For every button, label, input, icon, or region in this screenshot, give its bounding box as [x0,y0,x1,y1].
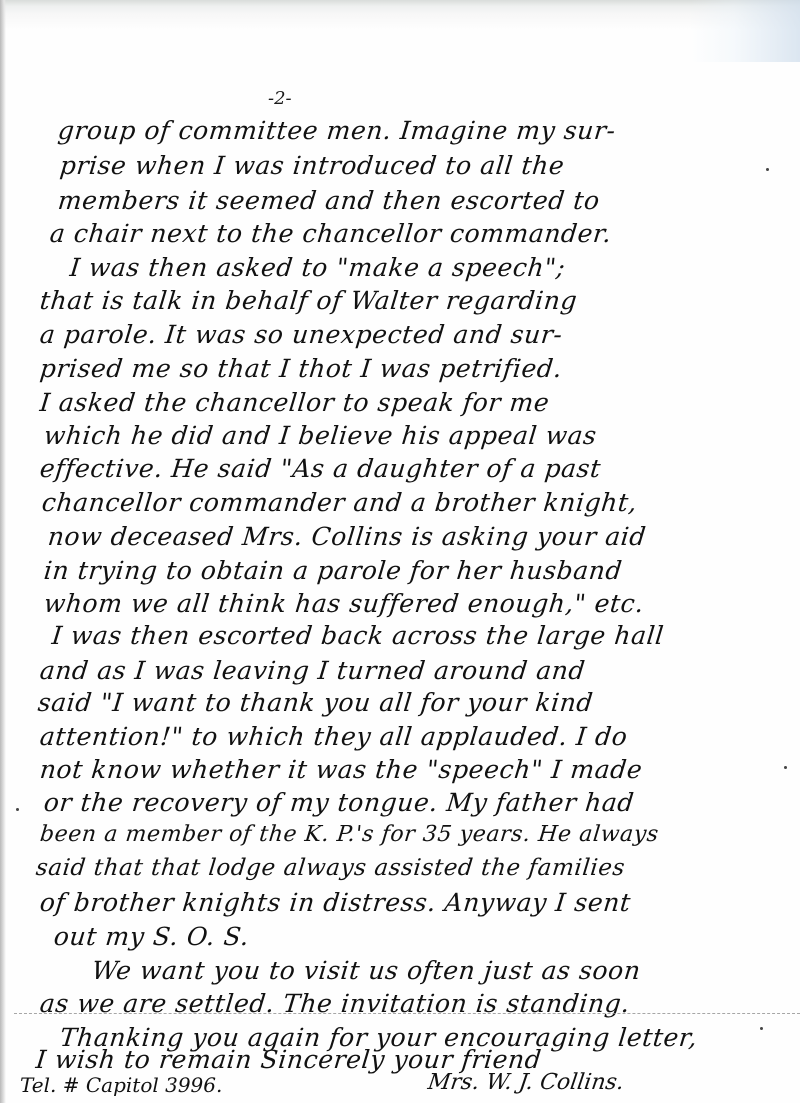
letter-line: attention!" to which they all applauded.… [38,722,629,751]
signature: Mrs. W. J. Collins. [426,1070,625,1095]
letter-line: effective. He said "As a daughter of a p… [38,454,602,483]
letter-line: or the recovery of my tongue. My father … [42,788,635,817]
scan-speck [766,168,769,171]
scan-speck [16,808,19,811]
scan-shadow-top [0,0,800,30]
letter-line: said that that lodge always assisted the… [35,855,627,881]
letter-line: I was then asked to "make a speech"; [68,253,567,282]
fold-line [14,1013,800,1014]
letter-line: chancellor commander and a brother knigh… [40,488,638,517]
letter-line: in trying to obtain a parole for her hus… [42,556,623,585]
letter-line: whom we all think has suffered enough," … [42,589,645,618]
letter-line: prised me so that I thot I was petrified… [38,354,563,383]
letter-line: group of committee men. Imagine my sur- [56,116,617,145]
letter-line: prise when I was introduced to all the [58,151,565,180]
scan-speck [760,1027,763,1030]
letter-line: a chair next to the chancellor commander… [48,219,613,248]
letter-line: and as I was leaving I turned around and [38,656,586,685]
letter-line: not know whether it was the "speech" I m… [38,755,643,784]
letter-line: I asked the chancellor to speak for me [38,388,550,417]
letter-line: We want you to visit us often just as so… [90,956,642,985]
page-number: -2- [268,88,292,109]
scan-tint-top-right [690,0,800,62]
letter-line: that is talk in behalf of Walter regardi… [38,286,578,315]
letter-line: which he did and I believe his appeal wa… [42,421,598,450]
letter-line: of brother knights in distress. Anyway I… [38,888,632,917]
scan-speck [784,766,787,769]
letter-line: members it seemed and then escorted to [56,186,601,215]
scan-shadow-left [0,0,6,1103]
letter-line: I was then escorted back across the larg… [50,621,665,650]
telephone-note: Tel. # Capitol 3996. [20,1073,222,1097]
letter-page: -2- group of committee men. Imagine my s… [0,0,800,1103]
letter-line: a parole. It was so unexpected and sur- [38,320,564,349]
letter-line: said "I want to thank you all for your k… [36,688,594,717]
letter-line: out my S. O. S. [52,922,250,951]
letter-line: now deceased Mrs. Collins is asking your… [46,522,647,551]
letter-line: been a member of the K. P.'s for 35 year… [39,822,660,847]
